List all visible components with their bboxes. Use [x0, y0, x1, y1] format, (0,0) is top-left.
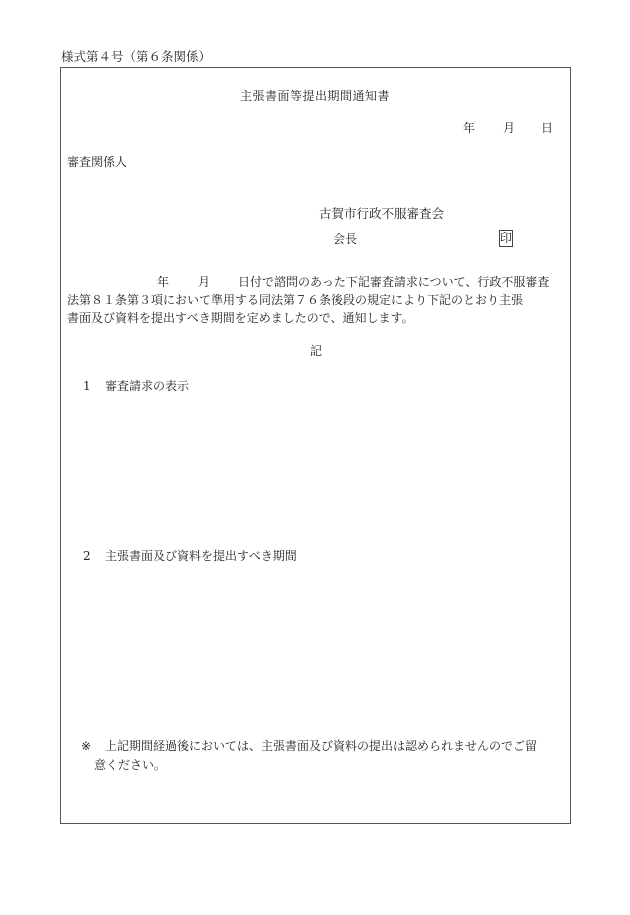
document-title: 主張書面等提出期間通知書: [0, 90, 630, 102]
item-number: 1: [83, 380, 105, 392]
issuer-organization: 古賀市行政不服審査会: [319, 208, 444, 221]
recipient: 審査関係人: [67, 156, 127, 168]
item-label: 審査請求の表示: [105, 379, 189, 393]
item-submission-period: 2主張書面及び資料を提出すべき期間: [83, 550, 297, 562]
note-line-1: ※上記期間経過後においては、主張書面及び資料の提出は認められませんのでご留: [81, 740, 537, 752]
date-day: 日: [541, 122, 553, 134]
body-month: 月: [198, 276, 210, 288]
document-frame: [60, 67, 571, 824]
item-label: 主張書面及び資料を提出すべき期間: [105, 549, 297, 563]
ki-heading: 記: [310, 345, 322, 357]
body-line-2: 法第８１条第３項において準用する同法第７６条後段の規定により下記のとおり主張: [67, 294, 567, 306]
item-review-request: 1審査請求の表示: [83, 380, 189, 392]
seal-mark: 印: [499, 230, 513, 247]
body-line-1-text: 日付で諮問のあった下記審査請求について、行政不服審査: [238, 276, 549, 288]
issuer-position: 会長: [333, 233, 357, 245]
date-month: 月: [503, 122, 515, 134]
reference-mark-icon: ※: [81, 740, 105, 752]
note-line-2: 意ください。: [94, 759, 166, 771]
body-line-3: 書面及び資料を提出すべき期間を定めましたので、通知します。: [67, 312, 567, 324]
body-year: 年: [157, 276, 169, 288]
note-text-1: 上記期間経過後においては、主張書面及び資料の提出は認められませんのでご留: [105, 739, 537, 753]
date-year: 年: [463, 122, 475, 134]
item-number: 2: [83, 550, 105, 562]
form-number-label: 様式第４号（第６条関係）: [61, 51, 211, 64]
